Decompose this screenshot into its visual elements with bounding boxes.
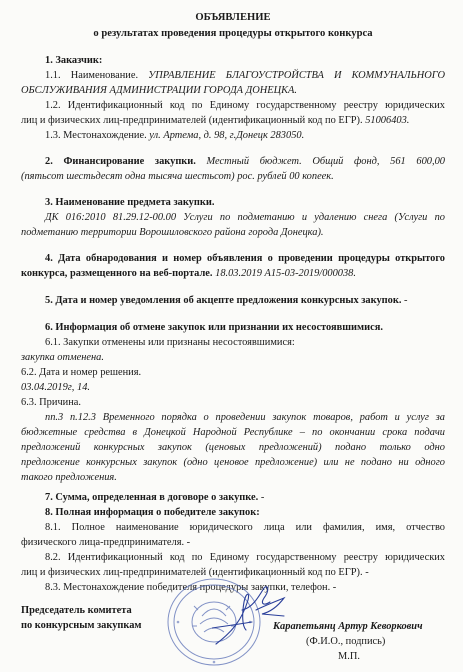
document-title: ОБЪЯВЛЕНИЕ <box>21 11 445 26</box>
section-4-cont: конкурса, размещенного на веб-портале. 1… <box>21 267 445 282</box>
section-8-2: 8.2. Идентификационный код по Единому го… <box>21 551 445 566</box>
customer-name: УПРАВЛЕНИЕ БЛАГОУСТРОЙСТВА И КОММУНАЛЬНО… <box>148 70 445 81</box>
cancel-status: закупка отменена. <box>21 351 445 366</box>
section-4-heading: 4. Дата обнародования и номер объявления… <box>21 252 445 267</box>
decision-date-number: 03.04.2019г, 14. <box>21 381 445 396</box>
seal-label: М.П. <box>338 651 360 662</box>
section-1-2: 1.2. Идентификационный код по Единому го… <box>21 99 445 114</box>
section-8-1-cont: физического лица-предпринимателя. - <box>21 536 445 551</box>
section-6-2: 6.2. Дата и номер решения. <box>21 366 445 381</box>
section-1-1: 1.1. Наименование. УПРАВЛЕНИЕ БЛАГОУСТРО… <box>21 69 445 84</box>
signatory-name: Карапетьянц Артур Кеворкович <box>273 621 423 632</box>
reason-line: предложение конкурсных закупок (одно цен… <box>21 456 445 471</box>
section-8-1: 8.1. Полное наименование юридического ли… <box>21 521 445 536</box>
reason-line: пп.3 п.12.3 Временного порядка о проведе… <box>21 411 445 426</box>
document-subtitle: о результатах проведения процедуры откры… <box>21 27 445 42</box>
customer-address: ул. Артема, д. 98, г.Донецк 283050. <box>149 130 304 141</box>
subject-value: ДК 016:2010 81.29.12-00.00 Услуги по под… <box>21 211 445 226</box>
section-2: 2. Финансирование закупки. Местный бюдже… <box>21 155 445 170</box>
section-6-3: 6.3. Причина. <box>21 396 445 411</box>
section-6-heading: 6. Информация об отмене закупок или приз… <box>21 321 445 336</box>
customer-name-cont: ОБСЛУЖИВАНИЯ АДМИНИСТРАЦИИ ГОРОДА ДОНЕЦК… <box>21 84 445 99</box>
reason-line: такого предложения. <box>21 471 445 486</box>
funding-value: Местный бюджет. Общий фонд, 561 600,00 <box>207 156 445 167</box>
signature-caption: (Ф.И.О., подпись) <box>306 636 385 647</box>
subject-value-cont: подметанию территории Ворошиловского рай… <box>21 226 445 241</box>
section-6-1: 6.1. Закупки отменены или признаны несос… <box>21 336 445 351</box>
reason-line: бюджетные средства в Донецкой Народной Р… <box>21 426 445 441</box>
announcement-date-number: 18.03.2019 A15-03-2019/000038. <box>215 268 356 279</box>
customer-code: 51006403. <box>365 115 409 126</box>
signatory-position: Председатель комитета <box>21 605 132 616</box>
funding-value-cont: (пятьсот шестьдесят одна тысяча шестьсот… <box>21 170 445 185</box>
section-3-heading: 3. Наименование предмета закупки. <box>21 196 445 211</box>
signatory-position-cont: по конкурсным закупкам <box>21 620 142 631</box>
signature-icon <box>212 580 292 650</box>
section-7: 7. Сумма, определенная в договоре о заку… <box>21 491 445 506</box>
section-1-heading: 1. Заказчик: <box>21 54 445 69</box>
section-5: 5. Дата и номер уведомления об акцепте п… <box>21 294 445 309</box>
section-1-3: 1.3. Местонахождение. ул. Артема, д. 98,… <box>21 129 445 144</box>
reason-line: предложений конкурсных закупок (ценовых … <box>21 441 445 456</box>
section-1-2-cont: лиц и физических лиц-предпринимателей (и… <box>21 114 445 129</box>
section-8-heading: 8. Полная информация о победителе закупо… <box>21 506 445 521</box>
